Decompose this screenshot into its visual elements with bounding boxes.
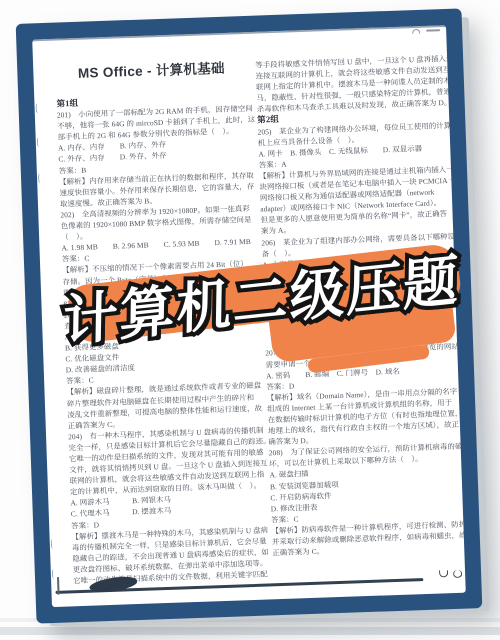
page-title: MS Office - 计算机基础: [55, 56, 248, 83]
footer-curve-mark: [453, 570, 462, 578]
scan-artifact-squiggle: [412, 29, 420, 34]
background-shadow-strip: [0, 627, 500, 635]
footer-ink-tick: [57, 577, 60, 595]
scan-artifact-tick: [51, 539, 55, 549]
photo-of-exam-document: MS Office - 计算机基础 第1组201) 小向使用了一部标配为 2G …: [0, 0, 500, 640]
scan-artifact-tick: [38, 173, 42, 183]
document-frame: MS Office - 计算机基础 第1组201) 小向使用了一部标配为 2G …: [16, 8, 483, 623]
scan-artifact-tick: [37, 137, 41, 147]
scan-artifact-tick: [52, 569, 56, 579]
scan-artifact-tick: [35, 103, 39, 113]
scan-artifact-dash: [426, 29, 440, 31]
footer-curve-mark: [439, 570, 448, 577]
right-column: 等手段将敏感文件悄悄写回 U 盘中，一旦这个 U 盘再插入到连接互联网的计算机上…: [255, 53, 462, 559]
document-page: MS Office - 计算机基础 第1组201) 小向使用了一部标配为 2G …: [32, 25, 466, 607]
left-column: 第1组201) 小向使用了一部标配为 2G RAM 的手机，因存储空间不够，他将…: [56, 92, 265, 587]
